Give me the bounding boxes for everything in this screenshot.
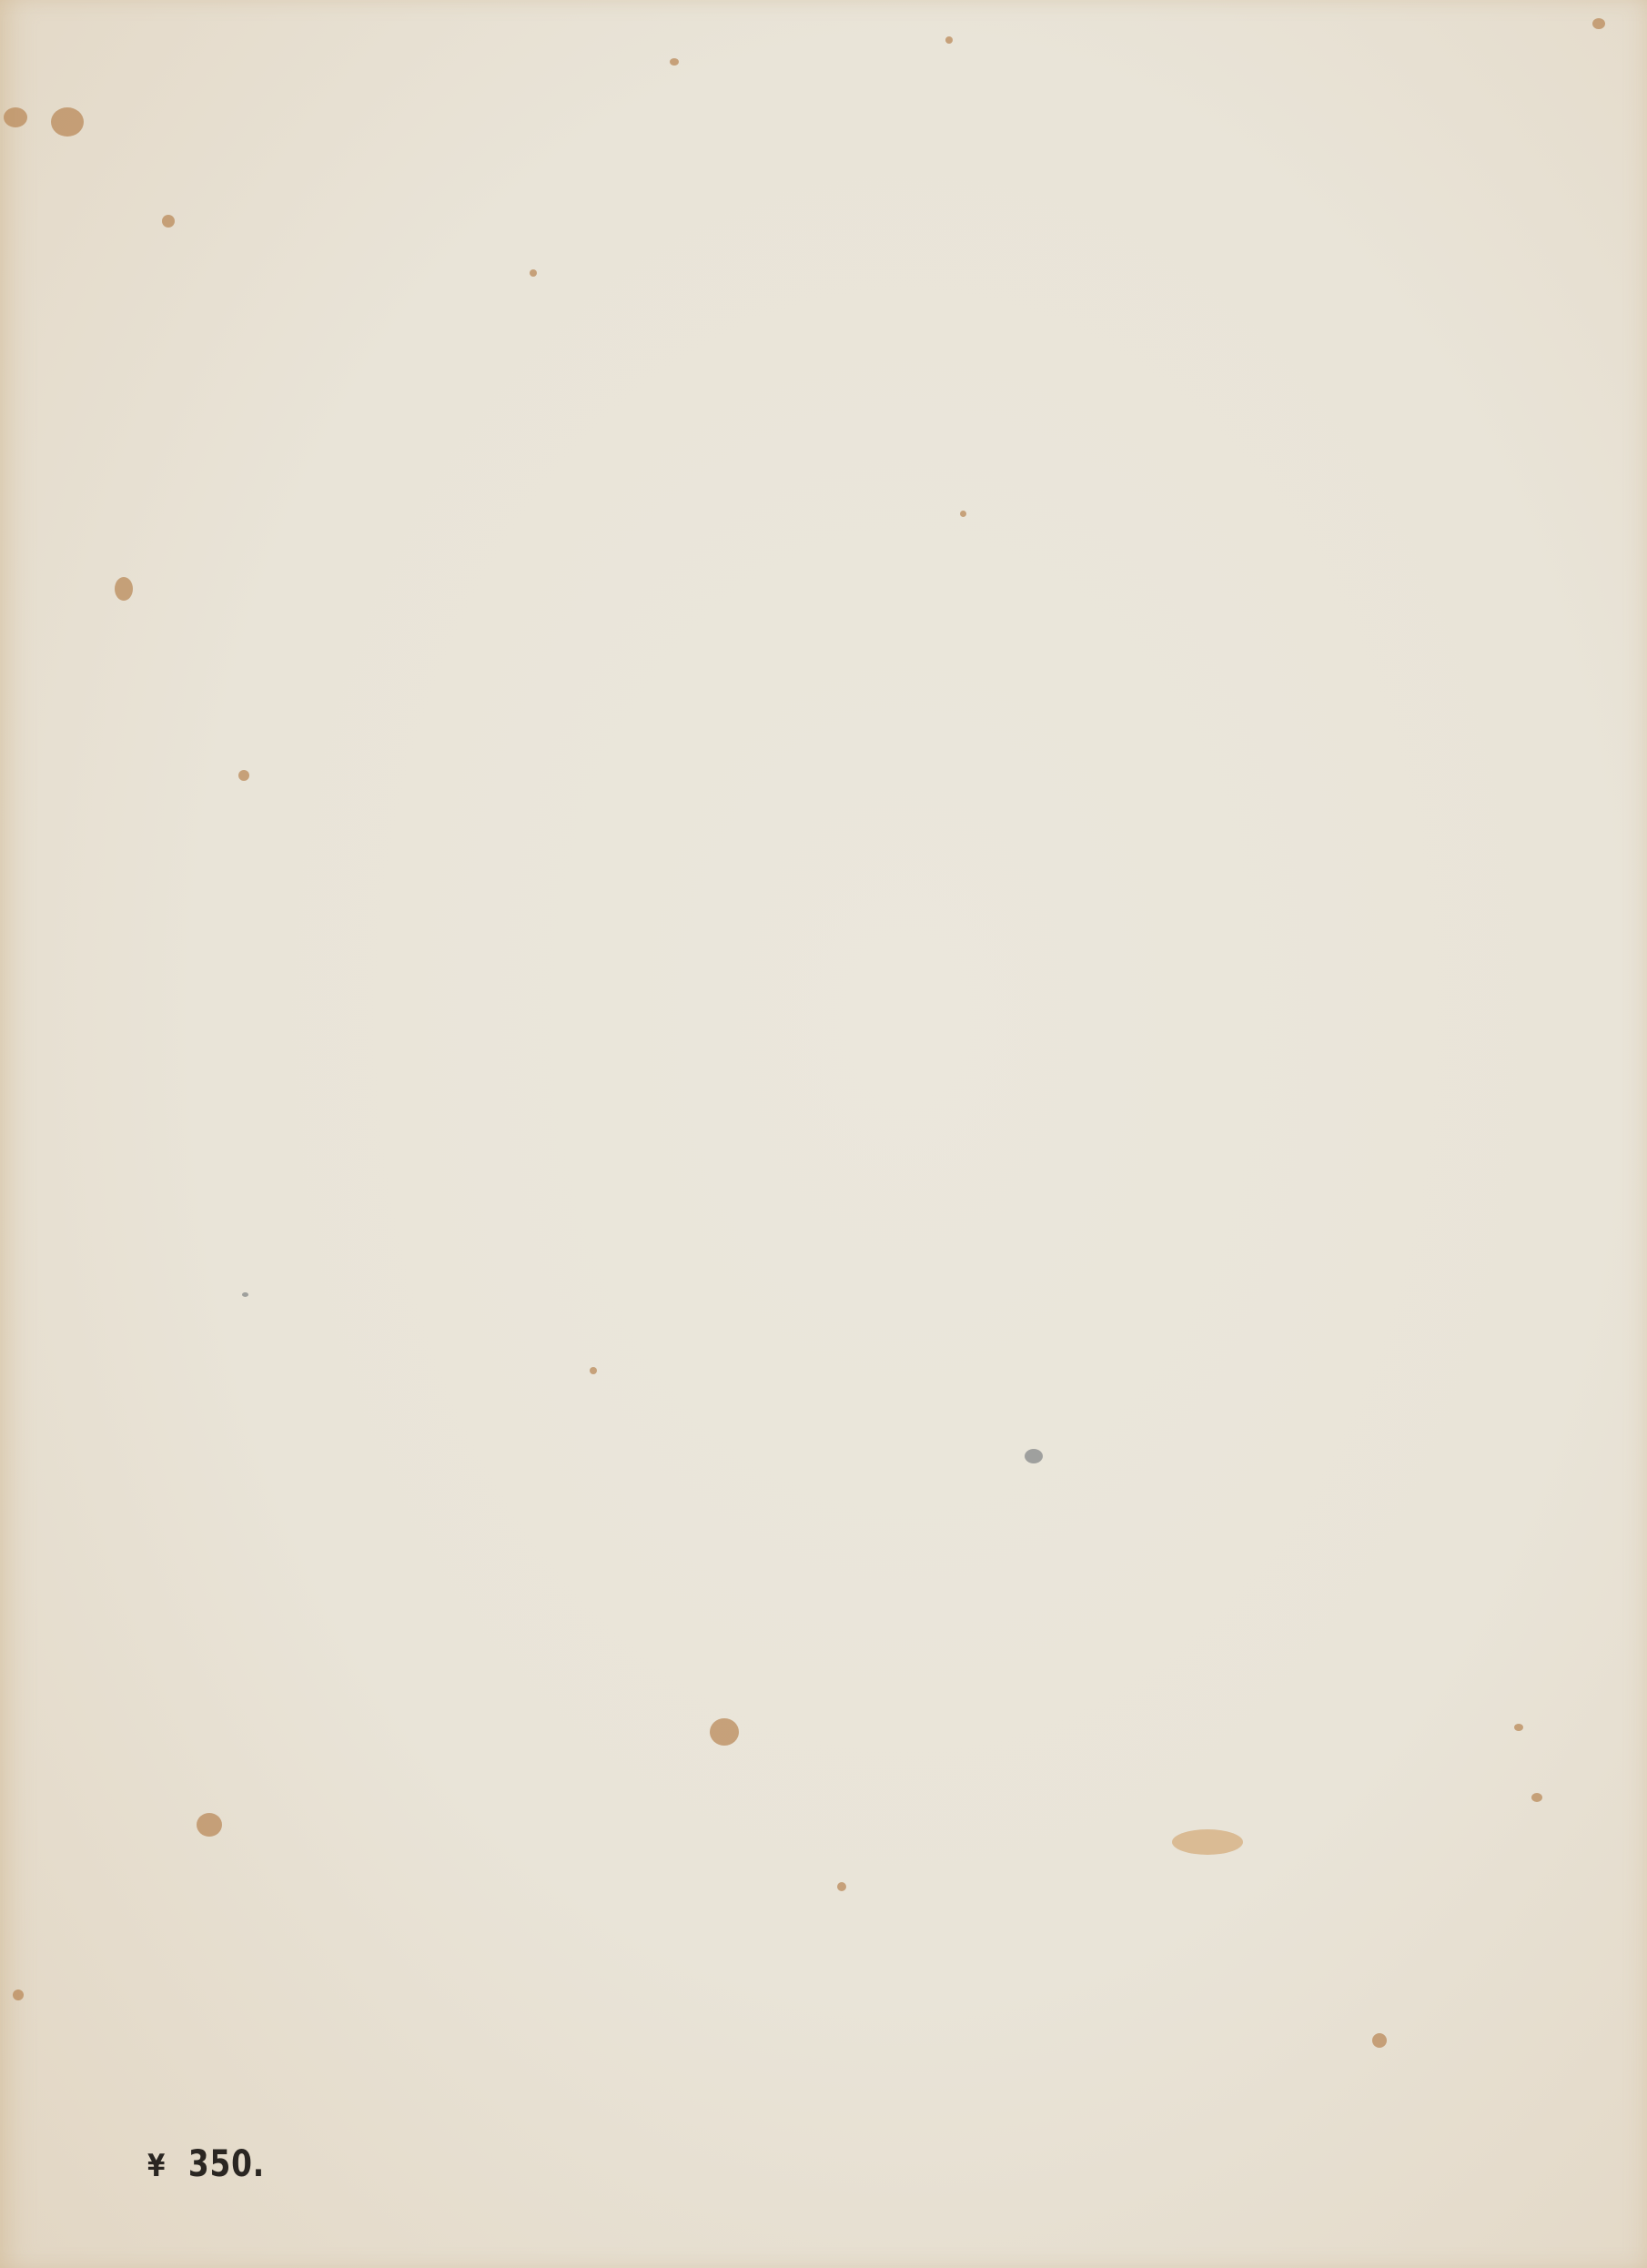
stain-spot — [960, 511, 966, 517]
stain-spot — [710, 1718, 739, 1746]
stain-spot — [51, 107, 84, 137]
stain-spot — [4, 107, 27, 127]
stain-spot — [1025, 1449, 1043, 1463]
price-label: ¥ 350. — [147, 2143, 265, 2185]
stain-spot — [945, 36, 953, 44]
stain-spot — [1372, 2033, 1387, 2048]
currency-symbol: ¥ — [147, 2148, 166, 2184]
stain-spot — [1172, 1829, 1243, 1855]
price-amount: 350. — [188, 2143, 265, 2185]
stain-spot — [1531, 1793, 1542, 1802]
stain-spot — [242, 1292, 248, 1297]
stain-spot — [837, 1882, 846, 1891]
stain-spot — [1514, 1724, 1523, 1731]
stain-spot — [197, 1813, 222, 1837]
stain-spot — [162, 215, 175, 228]
back-cover-page: ¥ 350. — [0, 0, 1647, 2268]
stain-spot — [670, 58, 679, 66]
stain-spot — [590, 1367, 597, 1374]
stain-spot — [238, 770, 249, 781]
stain-spot — [115, 577, 133, 601]
stain-spot — [530, 269, 537, 277]
stain-spot — [13, 1990, 24, 2000]
stain-spot — [1592, 18, 1605, 29]
